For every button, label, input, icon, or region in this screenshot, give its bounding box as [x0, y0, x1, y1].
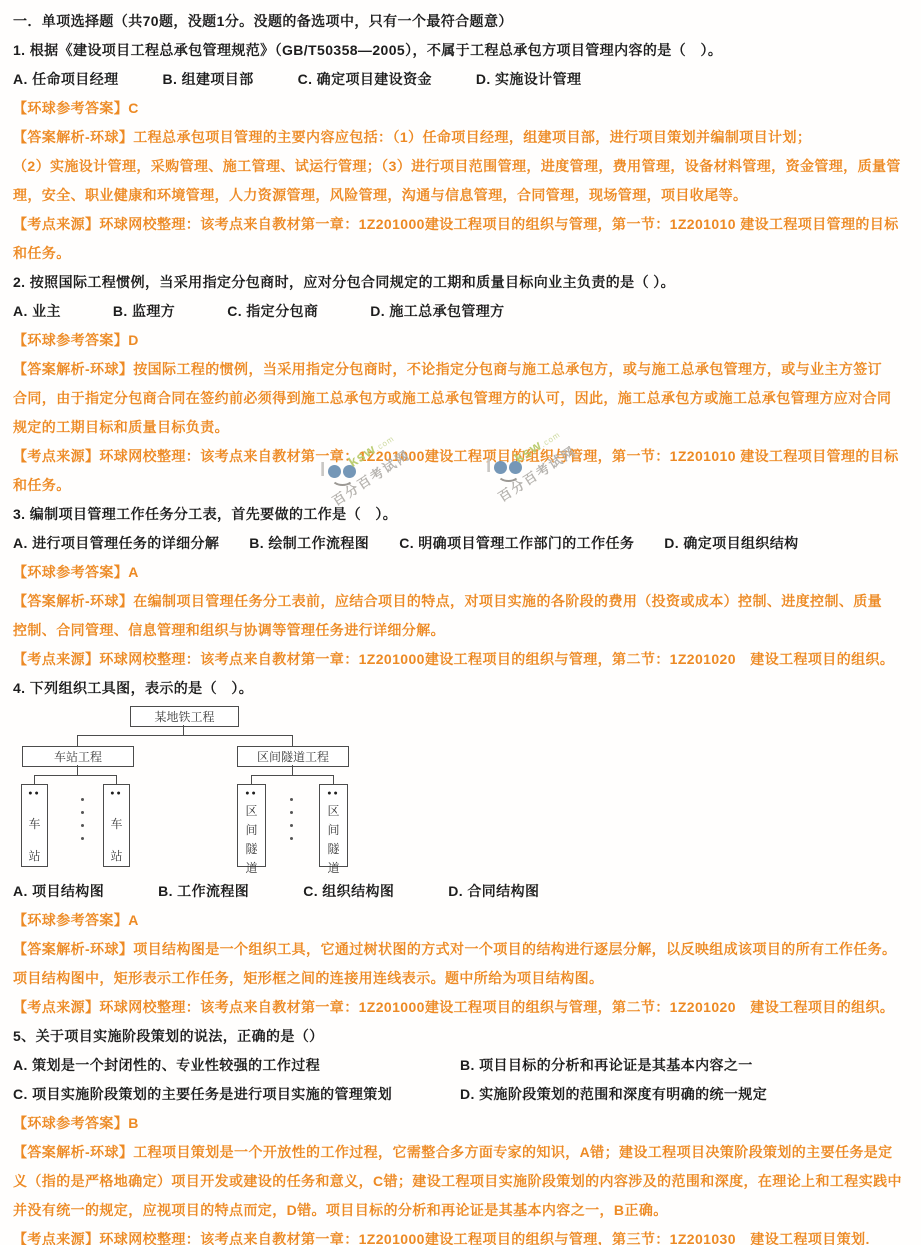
diagram-tunnel-leaf-box: ●● 区 间 隧 道: [237, 784, 266, 867]
option-item: D. 实施阶段策划的范围和深度有明确的统一规定: [460, 1084, 767, 1104]
answer-line: 【环球参考答案】A: [13, 905, 921, 934]
option-item: D. 确定项目组织结构: [664, 533, 798, 553]
question-3-options-row: A. 进行项目管理任务的详细分解B. 绘制工作流程图C. 明确项目管理工作部门的…: [13, 528, 921, 557]
analysis-line: 【答案解析-环球】工程总承包项目管理的主要内容应包括：（1）任命项目经理，组建项…: [13, 122, 921, 151]
diagram-connector: [77, 735, 293, 736]
leaf-char: 间: [327, 824, 339, 836]
analysis-line: 合同，由于指定分包商合同在签约前必须得到施工总承包方或施工总承包管理方的认可，因…: [13, 383, 921, 412]
diagram-connector: [77, 765, 78, 775]
diagram-connector: [34, 775, 35, 784]
leaf-char: 车: [110, 818, 122, 830]
diagram-root-box: 某地铁工程: [130, 706, 239, 727]
question-1-stem: 1. 根据《建设项目工程总承包管理规范》（GB/T50358—2005），不属于…: [13, 35, 921, 64]
option-item: B. 工作流程图: [158, 881, 249, 901]
option-item: B. 组建项目部: [163, 69, 254, 89]
leaf-char: 间: [245, 824, 257, 836]
analysis-line: 规定的工期目标和质量目标负责。: [13, 412, 921, 441]
question-4-stem: 4. 下列组织工具图，表示的是（ ）。: [13, 673, 921, 702]
analysis-line: 理，安全、职业健康和环境管理，人力资源管理，风险管理，沟通与信息管理，合同管理，…: [13, 180, 921, 209]
diagram-connector: [251, 775, 252, 784]
ellipsis-dots: [290, 798, 293, 840]
question-3-stem: 3. 编制项目管理工作任务分工表，首先要做的工作是（ ）。: [13, 499, 921, 528]
question-5-options-row: A. 策划是一个封闭性的、专业性较强的工作过程B. 项目目标的分析和再论证是其基…: [13, 1050, 921, 1079]
leaf-char: 隧: [327, 843, 339, 855]
leaf-dots: ●●: [327, 790, 339, 797]
option-item: C. 项目实施阶段策划的主要任务是进行项目实施的管理策划: [13, 1084, 460, 1104]
diagram-tunnel-leaf-box: ●● 区 间 隧 道: [319, 784, 348, 867]
option-item: B. 项目目标的分析和再论证是其基本内容之一: [460, 1055, 753, 1075]
diagram-connector: [333, 775, 334, 784]
leaf-char: 隧: [245, 843, 257, 855]
ellipsis-dots: [81, 798, 84, 840]
diagram-tunnel-works-box: 区间隧道工程: [237, 746, 349, 767]
leaf-char: 站: [110, 850, 122, 862]
answer-line: 【环球参考答案】D: [13, 325, 921, 354]
leaf-char: 区: [245, 805, 257, 817]
question-4-options-row: A. 项目结构图B. 工作流程图C. 组织结构图D. 合同结构图: [13, 876, 921, 905]
scanned-exam-page: 一．单项选择题（共70题，没题1分。没题的备选项中，只有一个最符合题意）1. 根…: [0, 0, 921, 1245]
leaf-char: 车: [28, 818, 40, 830]
question-2-stem: 2. 按照国际工程惯例，当采用指定分包商时，应对分包合同规定的工期和质量目标向业…: [13, 267, 921, 296]
analysis-line: 控制、合同管理、信息管理和组织与协调等管理任务进行详细分解。: [13, 615, 921, 644]
document-text-flow: 一．单项选择题（共70题，没题1分。没题的备选项中，只有一个最符合题意）1. 根…: [0, 0, 921, 1245]
source-line: 【考点来源】环球网校整理：该考点来自教材第一章：1Z201000建设工程项目的组…: [13, 644, 921, 673]
analysis-line: 【答案解析-环球】项目结构图是一个组织工具，它通过树状图的方式对一个项目的结构进…: [13, 934, 921, 963]
option-item: A. 任命项目经理: [13, 69, 119, 89]
diagram-station-leaf-box: ●● 车 站: [21, 784, 48, 867]
leaf-char: 道: [245, 862, 257, 874]
option-item: C. 指定分包商: [227, 301, 318, 321]
option-item: A. 业主: [13, 301, 61, 321]
diagram-station-leaf-box: ●● 车 站: [103, 784, 130, 867]
diagram-connector: [251, 775, 334, 776]
analysis-line: 项目结构图中，矩形表示工作任务，矩形框之间的连接用连线表示。题中所给为项目结构图…: [13, 963, 921, 992]
leaf-char: 站: [28, 850, 40, 862]
source-line: 【考点来源】环球网校整理：该考点来自教材第一章：1Z201000建设工程项目的组…: [13, 1224, 921, 1245]
option-item: B. 绘制工作流程图: [249, 533, 369, 553]
diagram-connector: [34, 775, 117, 776]
analysis-line: 【答案解析-环球】工程项目策划是一个开放性的工作过程，它需整合多方面专家的知识，…: [13, 1137, 921, 1166]
diagram-connector: [77, 735, 78, 746]
source-line: 【考点来源】环球网校整理：该考点来自教材第一章：1Z201000建设工程项目的组…: [13, 992, 921, 1021]
diagram-left-branch-label: 车站工程: [54, 748, 102, 765]
question-5-stem: 5、关于项目实施阶段策划的说法，正确的是（）: [13, 1021, 921, 1050]
option-item: C. 明确项目管理工作部门的工作任务: [399, 533, 634, 553]
option-item: D. 合同结构图: [448, 881, 539, 901]
section-title: 一．单项选择题（共70题，没题1分。没题的备选项中，只有一个最符合题意）: [13, 6, 921, 35]
diagram-root-label: 某地铁工程: [154, 708, 214, 725]
project-structure-diagram: 某地铁工程 车站工程 区间隧道工程 ●● 车 站 ●● 车 站: [13, 706, 893, 876]
diagram-connector: [116, 775, 117, 784]
option-item: A. 项目结构图: [13, 881, 104, 901]
question-2-options-row: A. 业主B. 监理方C. 指定分包商D. 施工总承包管理方: [13, 296, 921, 325]
leaf-char: 道: [327, 862, 339, 874]
option-item: A. 策划是一个封闭性的、专业性较强的工作过程: [13, 1055, 460, 1075]
leaf-dots: ●●: [110, 790, 122, 797]
option-item: C. 确定项目建设资金: [298, 69, 432, 89]
option-item: D. 施工总承包管理方: [370, 301, 504, 321]
leaf-dots: ●●: [245, 790, 257, 797]
diagram-connector: [292, 765, 293, 775]
answer-line: 【环球参考答案】C: [13, 93, 921, 122]
diagram-station-works-box: 车站工程: [22, 746, 134, 767]
answer-line: 【环球参考答案】B: [13, 1108, 921, 1137]
diagram-connector: [183, 725, 184, 735]
analysis-line: 义（指的是严格地确定）项目开发或建设的任务和意义，C错；建设工程项目实施阶段策划…: [13, 1166, 921, 1195]
source-line: 和任务。: [13, 470, 921, 499]
question-1-options-row: A. 任命项目经理B. 组建项目部C. 确定项目建设资金D. 实施设计管理: [13, 64, 921, 93]
analysis-line: （2）实施设计管理，采购管理、施工管理、试运行管理；（3）进行项目范围管理，进度…: [13, 151, 921, 180]
diagram-connector: [292, 735, 293, 746]
option-item: C. 组织结构图: [303, 881, 394, 901]
analysis-line: 【答案解析-环球】按国际工程的惯例，当采用指定分包商时，不论指定分包商与施工总承…: [13, 354, 921, 383]
option-item: B. 监理方: [113, 301, 175, 321]
analysis-line: 并没有统一的规定，应视项目的特点而定，D错。项目目标的分析和再论证是其基本内容之…: [13, 1195, 921, 1224]
leaf-dots: ●●: [28, 790, 40, 797]
diagram-right-branch-label: 区间隧道工程: [257, 748, 329, 765]
source-line: 【考点来源】环球网校整理：该考点来自教材第一章：1Z201000建设工程项目的组…: [13, 441, 921, 470]
leaf-char: 区: [327, 805, 339, 817]
source-line: 【考点来源】环球网校整理：该考点来自教材第一章：1Z201000建设工程项目的组…: [13, 209, 921, 238]
option-item: D. 实施设计管理: [476, 69, 582, 89]
option-item: A. 进行项目管理任务的详细分解: [13, 533, 219, 553]
question-5-options-row: C. 项目实施阶段策划的主要任务是进行项目实施的管理策划D. 实施阶段策划的范围…: [13, 1079, 921, 1108]
analysis-line: 【答案解析-环球】在编制项目管理任务分工表前，应结合项目的特点，对项目实施的各阶…: [13, 586, 921, 615]
answer-line: 【环球参考答案】A: [13, 557, 921, 586]
source-line: 和任务。: [13, 238, 921, 267]
